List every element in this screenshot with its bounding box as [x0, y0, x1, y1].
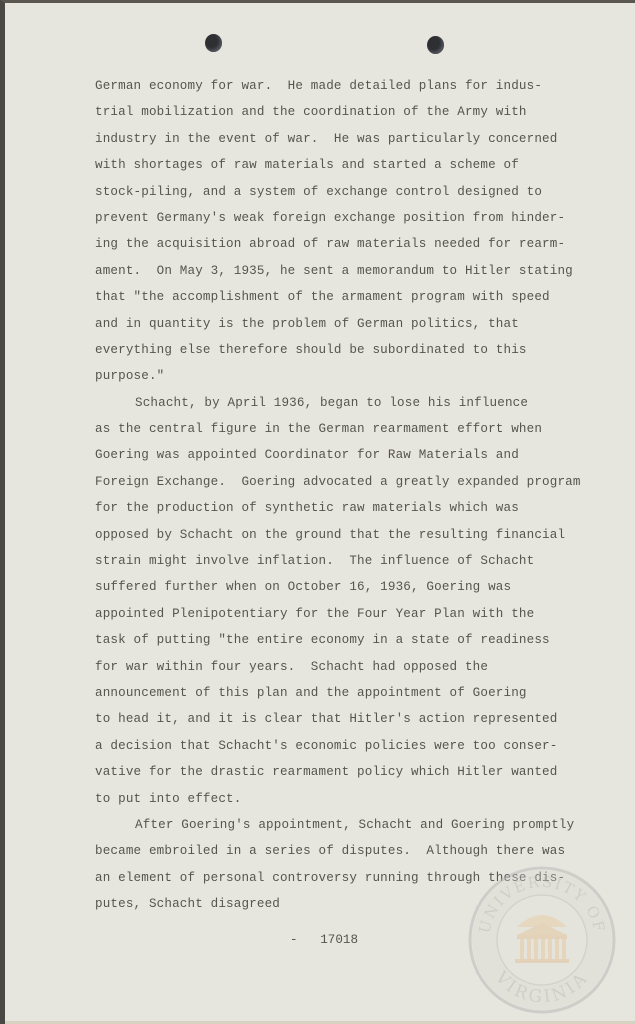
- text-line: ing the acquisition abroad of raw materi…: [95, 231, 615, 257]
- text-line: became embroiled in a series of disputes…: [95, 838, 615, 864]
- text-line: as the central figure in the German rear…: [95, 416, 615, 442]
- text-line: suffered further when on October 16, 193…: [95, 574, 615, 600]
- text-line: that "the accomplishment of the armament…: [95, 284, 615, 310]
- text-line: Foreign Exchange. Goering advocated a gr…: [95, 469, 615, 495]
- text-line: Goering was appointed Coordinator for Ra…: [95, 442, 615, 468]
- text-line: and in quantity is the problem of German…: [95, 311, 615, 337]
- text-line: with shortages of raw materials and star…: [95, 152, 615, 178]
- paragraph-2: Schacht, by April 1936, began to lose hi…: [95, 390, 615, 812]
- text-line: German economy for war. He made detailed…: [95, 73, 615, 99]
- text-line: prevent Germany's weak foreign exchange …: [95, 205, 615, 231]
- text-line: to head it, and it is clear that Hitler'…: [95, 706, 615, 732]
- text-line: appointed Plenipotentiary for the Four Y…: [95, 601, 615, 627]
- text-line: purpose.": [95, 363, 615, 389]
- text-line: stock-piling, and a system of exchange c…: [95, 179, 615, 205]
- text-line: ament. On May 3, 1935, he sent a memoran…: [95, 258, 615, 284]
- text-line: a decision that Schacht's economic polic…: [95, 733, 615, 759]
- text-line: for the production of synthetic raw mate…: [95, 495, 615, 521]
- university-seal-watermark: UNIVERSITY OF VIRGINIA: [467, 865, 617, 1015]
- text-line: to put into effect.: [95, 786, 615, 812]
- punch-hole-right: [427, 36, 444, 54]
- text-line: strain might involve inflation. The infl…: [95, 548, 615, 574]
- text-line: opposed by Schacht on the ground that th…: [95, 522, 615, 548]
- text-line: Schacht, by April 1936, began to lose hi…: [95, 390, 615, 416]
- text-line: industry in the event of war. He was par…: [95, 126, 615, 152]
- page-number: - 17018: [290, 933, 358, 947]
- text-line: task of putting "the entire economy in a…: [95, 627, 615, 653]
- text-line: everything else therefore should be subo…: [95, 337, 615, 363]
- document-page: German economy for war. He made detailed…: [0, 0, 635, 1024]
- text-line: for war within four years. Schacht had o…: [95, 654, 615, 680]
- punch-hole-left: [205, 34, 222, 52]
- paragraph-1: German economy for war. He made detailed…: [95, 73, 615, 390]
- text-line: After Goering's appointment, Schacht and…: [95, 812, 615, 838]
- text-line: announcement of this plan and the appoin…: [95, 680, 615, 706]
- seal-icon: UNIVERSITY OF VIRGINIA: [467, 865, 617, 1015]
- text-line: trial mobilization and the coordination …: [95, 99, 615, 125]
- body-text: German economy for war. He made detailed…: [95, 73, 615, 918]
- text-line: vative for the drastic rearmament policy…: [95, 759, 615, 785]
